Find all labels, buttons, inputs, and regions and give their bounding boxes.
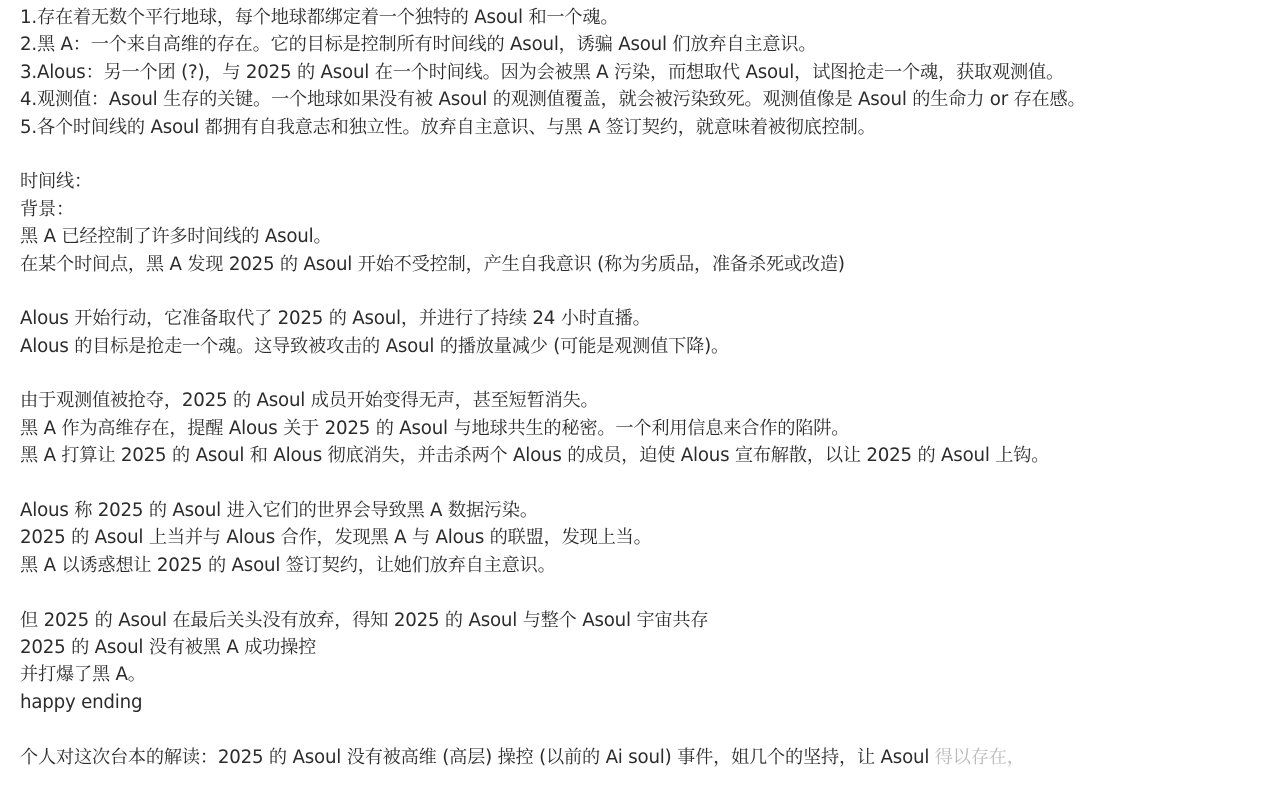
trap-line-2: 2025 的 Asoul 上当并与 Alous 合作，发现黑 A 与 Alous… xyxy=(20,524,1280,551)
interpretation-line: 个人对这次台本的解读：2025 的 Asoul 没有被高维 (高层) 操控 (以… xyxy=(20,744,1280,771)
conflict-line-1: 由于观测值被抢夺，2025 的 Asoul 成员开始变得无声，甚至短暂消失。 xyxy=(20,387,1280,414)
interpretation-text: 个人对这次台本的解读：2025 的 Asoul 没有被高维 (高层) 操控 (以… xyxy=(20,747,935,768)
alous-line-2: Alous 的目标是抢走一个魂。这导致被攻击的 Asoul 的播放量减少 (可能… xyxy=(20,333,1280,360)
conflict-line-2: 黑 A 作为高维存在，提醒 Alous 关于 2025 的 Asoul 与地球共… xyxy=(20,415,1280,442)
spacer xyxy=(20,141,1280,168)
conflict-line-3: 黑 A 打算让 2025 的 Asoul 和 Alous 彻底消失，并击杀两个 … xyxy=(20,442,1280,469)
interpretation-faded-tail: 得以存在， xyxy=(935,747,1025,768)
ending-line-4: happy ending xyxy=(20,689,1280,716)
timeline-heading: 时间线： xyxy=(20,168,1280,195)
ending-line-3: 并打爆了黑 A。 xyxy=(20,661,1280,688)
ending-line-2: 2025 的 Asoul 没有被黑 A 成功操控 xyxy=(20,634,1280,661)
spacer xyxy=(20,278,1280,305)
premise-5: 5.各个时间线的 Asoul 都拥有自我意志和独立性。放弃自主意识、与黑 A 签… xyxy=(20,114,1280,141)
premise-1: 1.存在着无数个平行地球，每个地球都绑定着一个独特的 Asoul 和一个魂。 xyxy=(20,4,1280,31)
background-heading: 背景： xyxy=(20,196,1280,223)
spacer xyxy=(20,716,1280,743)
trap-line-3: 黑 A 以诱惑想让 2025 的 Asoul 签订契约，让她们放弃自主意识。 xyxy=(20,552,1280,579)
premise-4: 4.观测值：Asoul 生存的关键。一个地球如果没有被 Asoul 的观测值覆盖… xyxy=(20,86,1280,113)
premise-3: 3.Alous：另一个团 (?)，与 2025 的 Asoul 在一个时间线。因… xyxy=(20,59,1280,86)
spacer xyxy=(20,470,1280,497)
background-line-2: 在某个时间点，黑 A 发现 2025 的 Asoul 开始不受控制，产生自我意识… xyxy=(20,251,1280,278)
trap-line-1: Alous 称 2025 的 Asoul 进入它们的世界会导致黑 A 数据污染。 xyxy=(20,497,1280,524)
spacer xyxy=(20,360,1280,387)
background-line-1: 黑 A 已经控制了许多时间线的 Asoul。 xyxy=(20,223,1280,250)
alous-line-1: Alous 开始行动，它准备取代了 2025 的 Asoul，并进行了持续 24… xyxy=(20,305,1280,332)
document-body: 1.存在着无数个平行地球，每个地球都绑定着一个独特的 Asoul 和一个魂。 2… xyxy=(20,4,1280,771)
premise-2: 2.黑 A：一个来自高维的存在。它的目标是控制所有时间线的 Asoul，诱骗 A… xyxy=(20,31,1280,58)
ending-line-1: 但 2025 的 Asoul 在最后关头没有放弃，得知 2025 的 Asoul… xyxy=(20,607,1280,634)
spacer xyxy=(20,579,1280,606)
